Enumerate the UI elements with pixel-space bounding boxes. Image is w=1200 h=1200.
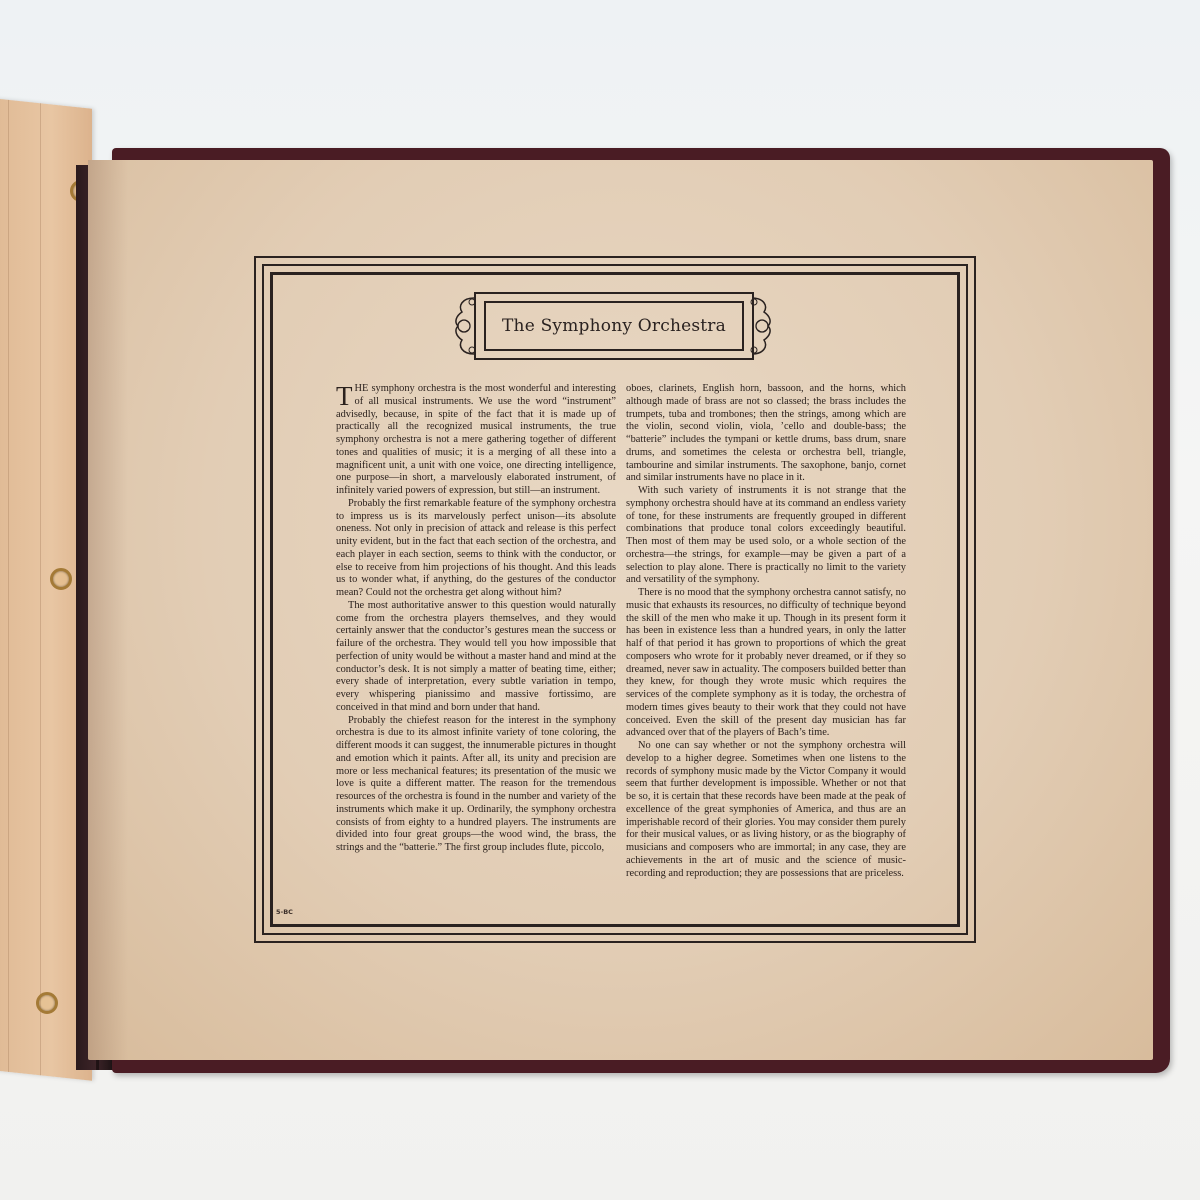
paragraph: Probably the first remarkable feature of… — [336, 498, 616, 600]
drop-cap: T — [336, 385, 353, 407]
paragraph: THE symphony orchestra is the most wonde… — [336, 383, 616, 498]
page-shadow — [88, 160, 128, 1060]
text-column-right: oboes, clarinets, English horn, bassoon,… — [626, 383, 906, 880]
binder-ring-icon — [36, 992, 58, 1014]
title-box: The Symphony Orchestra — [484, 301, 744, 351]
page-crease — [8, 100, 9, 1072]
paragraph: No one can say whether or not the sympho… — [626, 740, 906, 880]
binder-ring-icon — [50, 568, 72, 590]
text-column-left: THE symphony orchestra is the most wonde… — [336, 383, 616, 855]
page-code: 5-BC — [276, 908, 293, 916]
paragraph: With such variety of instruments it is n… — [626, 485, 906, 587]
paragraph-text: HE symphony orchestra is the most wonder… — [336, 383, 616, 496]
page-title: The Symphony Orchestra — [502, 316, 726, 336]
paragraph: There is no mood that the symphony orche… — [626, 587, 906, 740]
page-crease — [40, 103, 41, 1075]
paragraph: The most authoritative answer to this qu… — [336, 600, 616, 715]
paragraph: oboes, clarinets, English horn, bassoon,… — [626, 383, 906, 485]
paragraph: Probably the chiefest reason for the int… — [336, 715, 616, 855]
